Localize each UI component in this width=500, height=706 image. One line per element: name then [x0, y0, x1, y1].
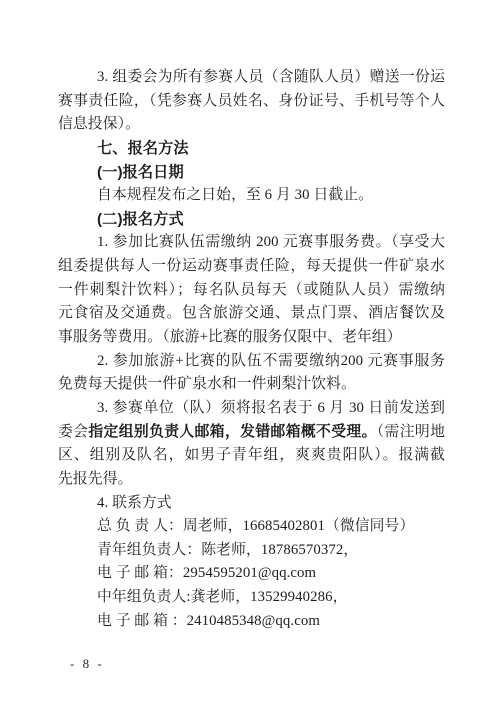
- text-line: 先报先得。: [58, 468, 445, 492]
- text-line: 电 子 邮 箱 ：2410485348@qq.com: [58, 610, 445, 634]
- text-segment: 赛事责任险，（凭参赛人员姓名、身份证号、手机号等个人: [58, 93, 445, 109]
- text-segment: 1. 参加比赛队伍需缴纳 200 元赛事服务费。（享受大赛: [58, 234, 445, 255]
- section-heading: 七、报名方法: [58, 137, 445, 161]
- section-heading: (一)报名日期: [58, 161, 445, 185]
- text-segment: 电 子 邮 箱：2954595201@qq.com: [97, 565, 316, 581]
- text-segment: 中年组负责人:龚老师，13529940286，: [97, 589, 348, 605]
- text-line: 1. 参加比赛队伍需缴纳 200 元赛事服务费。（享受大赛: [58, 231, 445, 255]
- text-line: 赛事责任险，（凭参赛人员姓名、身份证号、手机号等个人: [58, 90, 445, 114]
- document-body: 3. 组委会为所有参赛人员（含随队人员）赠送一份运动赛事责任险，（凭参赛人员姓名…: [58, 66, 445, 633]
- text-segment: 自本规程发布之日始，至 6 月 30 日截止。: [97, 187, 373, 203]
- text-segment: 青年组负责人：陈老师，18786570372，: [97, 542, 358, 558]
- text-segment: 指定组别负责人邮箱，发错邮箱概不受理。: [88, 424, 376, 440]
- text-segment: （需注明地: [377, 424, 445, 440]
- text-line: 自本规程发布之日始，至 6 月 30 日截止。: [58, 184, 445, 208]
- text-segment: 先报先得。: [58, 471, 133, 487]
- text-segment: 信息投保）。: [58, 116, 140, 132]
- text-segment: 3. 组委会为所有参赛人员（含随队人员）赠送一份运动: [58, 69, 445, 90]
- text-segment: 一件刺梨汁饮料）；每名队员每天（或随队人员）需缴纳 220: [58, 282, 445, 303]
- text-line: 总 负 责 人：周老师，16685402801（微信同号）: [58, 515, 445, 539]
- text-segment: 组委提供每人一份运动赛事责任险，每天提供一件矿泉水和: [58, 258, 445, 279]
- text-line: 青年组负责人：陈老师，18786570372，: [58, 539, 445, 563]
- text-line: 3. 参赛单位（队）须将报名表于 6 月 30 日前发送到组: [58, 397, 445, 421]
- text-line: 信息投保）。: [58, 113, 445, 137]
- text-line: 一件刺梨汁饮料）；每名队员每天（或随队人员）需缴纳 220: [58, 279, 445, 303]
- text-segment: (一)报名日期: [97, 164, 184, 181]
- text-line: 2. 参加旅游+比赛的队伍不需要缴纳200 元赛事服务费，: [58, 350, 445, 374]
- text-line: 元食宿及交通费。包含旅游交通、景点门票、酒店餐饮及赛: [58, 302, 445, 326]
- text-segment: 4. 联系方式: [97, 495, 172, 511]
- text-segment: 免费每天提供一件矿泉水和一件刺梨汁饮料。: [58, 376, 356, 392]
- text-segment: 3. 参赛单位（队）须将报名表于 6 月 30 日前发送到组: [58, 400, 445, 421]
- text-line: 4. 联系方式: [58, 492, 445, 516]
- text-line: 事服务等费用。（旅游+比赛的服务仅限中、老年组）: [58, 326, 445, 350]
- text-line: 免费每天提供一件矿泉水和一件刺梨汁饮料。: [58, 373, 445, 397]
- text-line: 3. 组委会为所有参赛人员（含随队人员）赠送一份运动: [58, 66, 445, 90]
- text-segment: 区、组别及队名，如男子青年组，爽爽贵阳队）。报满截止，: [58, 447, 445, 468]
- text-segment: 委会: [58, 424, 88, 440]
- text-line: 组委提供每人一份运动赛事责任险，每天提供一件矿泉水和: [58, 255, 445, 279]
- text-line: 区、组别及队名，如男子青年组，爽爽贵阳队）。报满截止，: [58, 444, 445, 468]
- document-page: 3. 组委会为所有参赛人员（含随队人员）赠送一份运动赛事责任险，（凭参赛人员姓名…: [0, 0, 500, 706]
- text-line: 委会指定组别负责人邮箱，发错邮箱概不受理。（需注明地: [58, 421, 445, 445]
- text-segment: 电 子 邮 箱 ：2410485348@qq.com: [97, 613, 320, 629]
- text-segment: (二)报名方式: [97, 211, 184, 228]
- text-segment: 元食宿及交通费。包含旅游交通、景点门票、酒店餐饮及赛: [58, 305, 445, 326]
- text-segment: 七、报名方法: [97, 140, 189, 157]
- text-segment: 事服务等费用。（旅游+比赛的服务仅限中、老年组）: [58, 329, 402, 345]
- section-heading: (二)报名方式: [58, 208, 445, 232]
- text-segment: 2. 参加旅游+比赛的队伍不需要缴纳200 元赛事服务费，: [58, 353, 445, 374]
- text-segment: 总 负 责 人：周老师，16685402801（微信同号）: [97, 518, 414, 534]
- text-line: 中年组负责人:龚老师，13529940286，: [58, 586, 445, 610]
- text-line: 电 子 邮 箱：2954595201@qq.com: [58, 562, 445, 586]
- page-number: - 8 -: [70, 656, 104, 672]
